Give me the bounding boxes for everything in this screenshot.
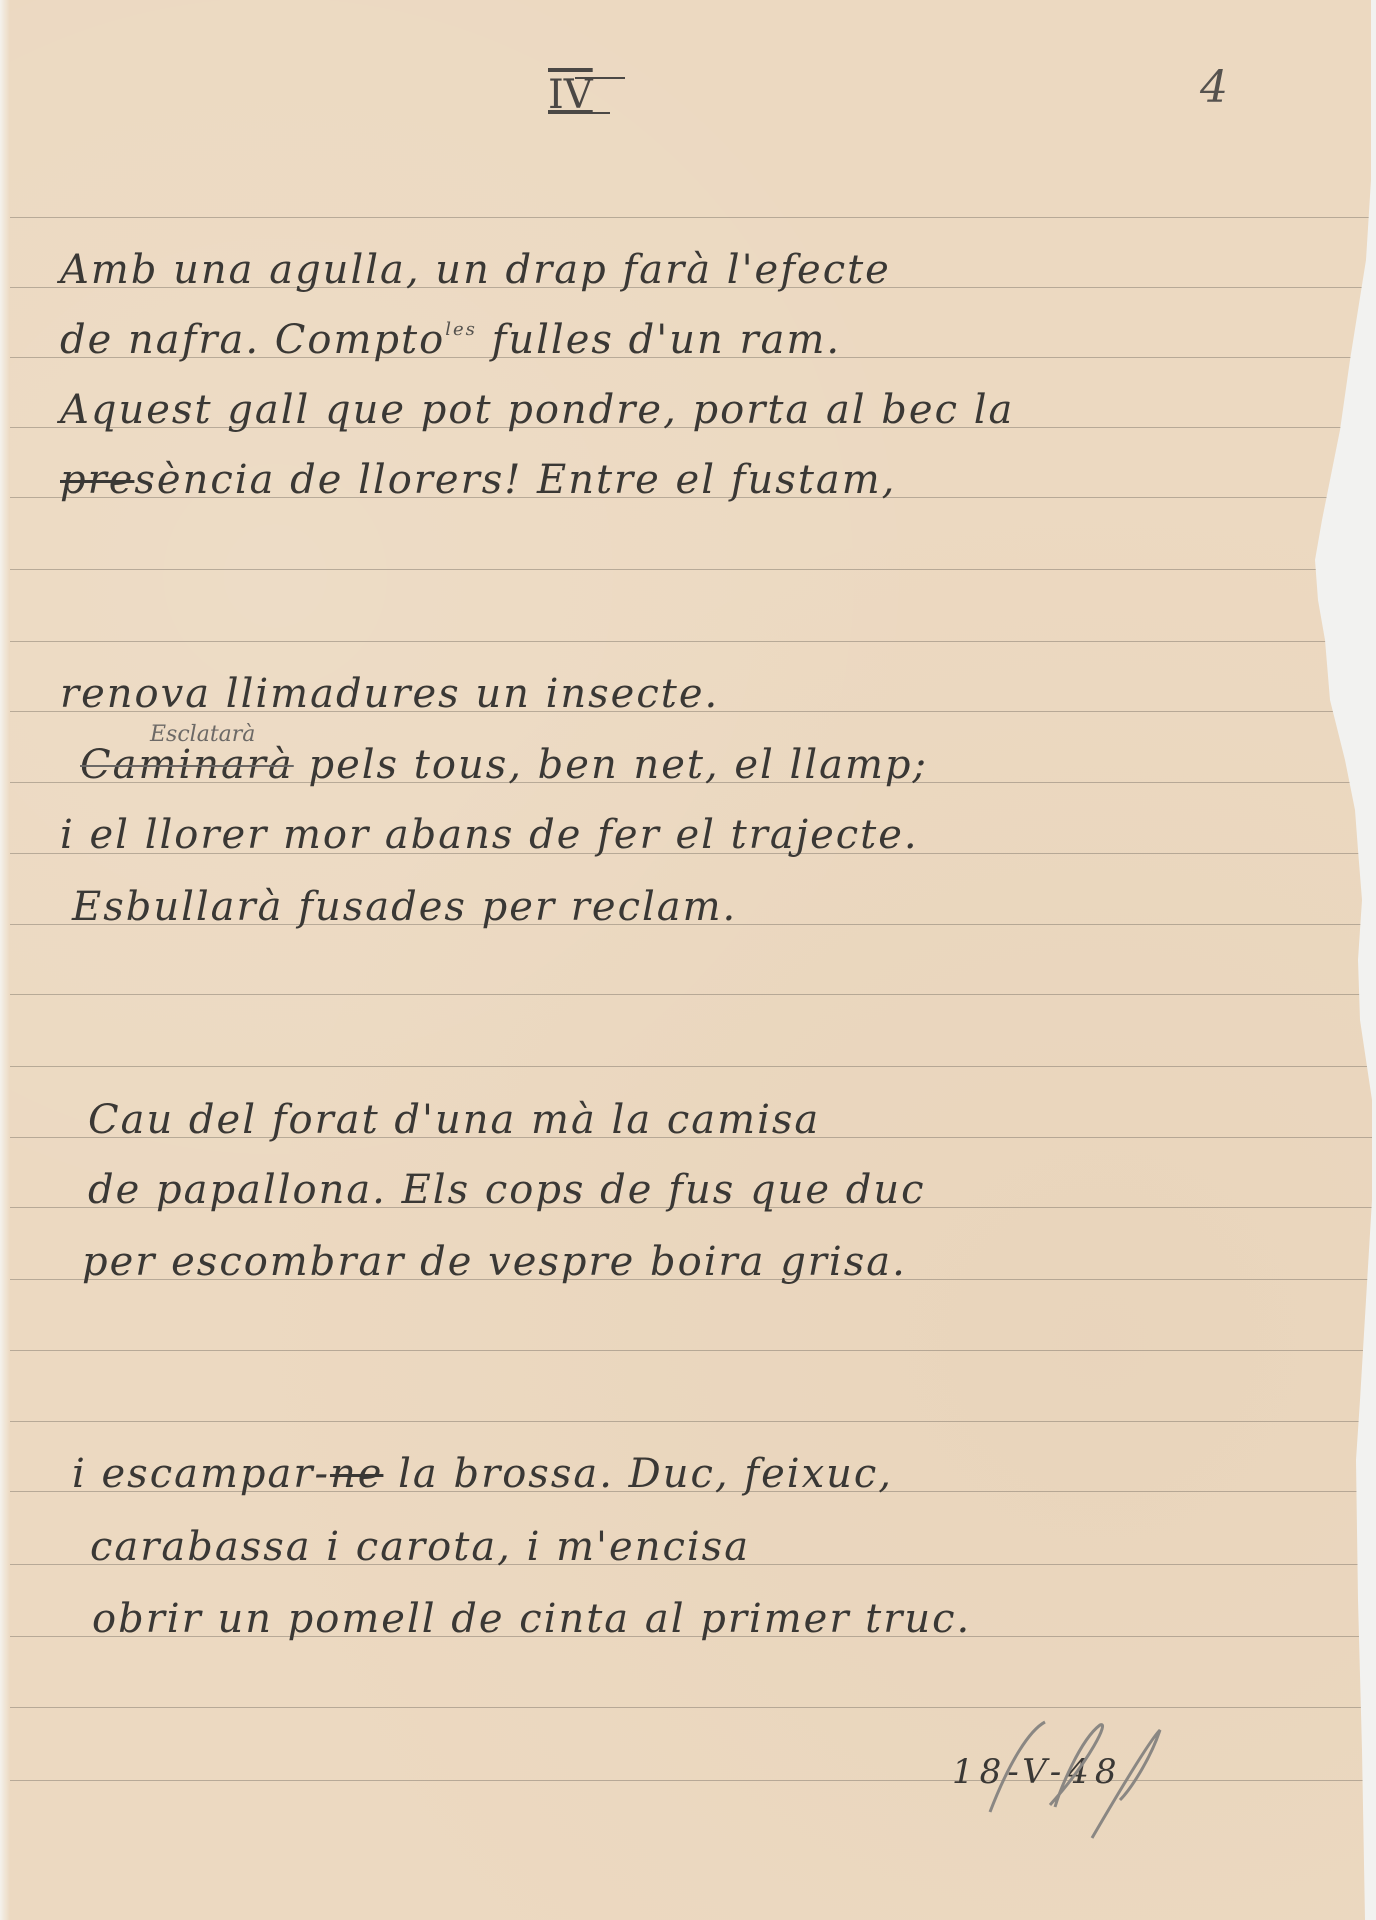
line-text: i escampar- <box>72 1451 330 1497</box>
ruled-line <box>10 217 1376 218</box>
ruled-line <box>10 1066 1376 1067</box>
section-numeral: IV <box>548 72 593 118</box>
struck-text: Caminarà <box>80 742 294 788</box>
line-text: sència de llorers! Entre el fustam, <box>134 457 896 503</box>
ruled-line <box>10 1707 1376 1708</box>
line-text: fulles d'un ram. <box>492 317 842 363</box>
stanza-2-line-3: i el llorer mor abans de fer el trajecte… <box>60 815 919 855</box>
ruled-line <box>10 994 1376 995</box>
stanza-2-line-1: renova llimadures un insecte. <box>60 674 719 714</box>
date-stamp: 18-V-48 <box>952 1752 1122 1792</box>
stanza-1-line-2: de nafra. Comptoles fulles d'un ram. <box>60 320 841 360</box>
stanza-3-line-3: per escombrar de vespre boira grisa. <box>82 1242 907 1282</box>
page-number: 4 <box>1200 62 1228 113</box>
struck-text: pre <box>60 457 134 503</box>
stanza-1-line-1: Amb una agulla, un drap farà l'efecte <box>60 250 891 290</box>
line-text: pels tous, ben net, el llamp; <box>308 742 928 788</box>
stanza-4-line-1: i escampar-ne la brossa. Duc, feixuc, <box>72 1454 893 1494</box>
stanza-1-line-4: presència de llorers! Entre el fustam, <box>60 460 896 500</box>
stanza-2-line-2: Caminarà pels tous, ben net, el llamp; <box>80 745 928 785</box>
manuscript-page: IV 4 Amb una agulla, un drap farà l'efec… <box>0 0 1376 1920</box>
ruled-line <box>10 641 1376 642</box>
struck-text: ne <box>330 1451 383 1497</box>
stanza-4-line-3: obrir un pomell de cinta al primer truc. <box>92 1599 971 1639</box>
stanza-1-line-3: Aquest gall que pot pondre, porta al bec… <box>60 390 1014 430</box>
stanza-4-line-2: carabassa i carota, i m'encisa <box>90 1527 750 1567</box>
stanza-3-line-1: Cau del forat d'una mà la camisa <box>88 1100 820 1140</box>
ruled-line <box>10 1421 1376 1422</box>
inserted-word: les <box>445 319 477 340</box>
ruled-line <box>10 1350 1376 1351</box>
stanza-2-line-4: Esbullarà fusades per reclam. <box>72 887 737 927</box>
stanza-3-line-2: de papallona. Els cops de fus que duc <box>88 1170 926 1210</box>
ruled-line <box>10 569 1376 570</box>
ruled-line <box>10 1780 1376 1781</box>
line-text: la brossa. Duc, feixuc, <box>398 1451 893 1497</box>
paper-left-edge <box>0 0 10 1920</box>
line-text: de nafra. Compto <box>60 317 445 363</box>
